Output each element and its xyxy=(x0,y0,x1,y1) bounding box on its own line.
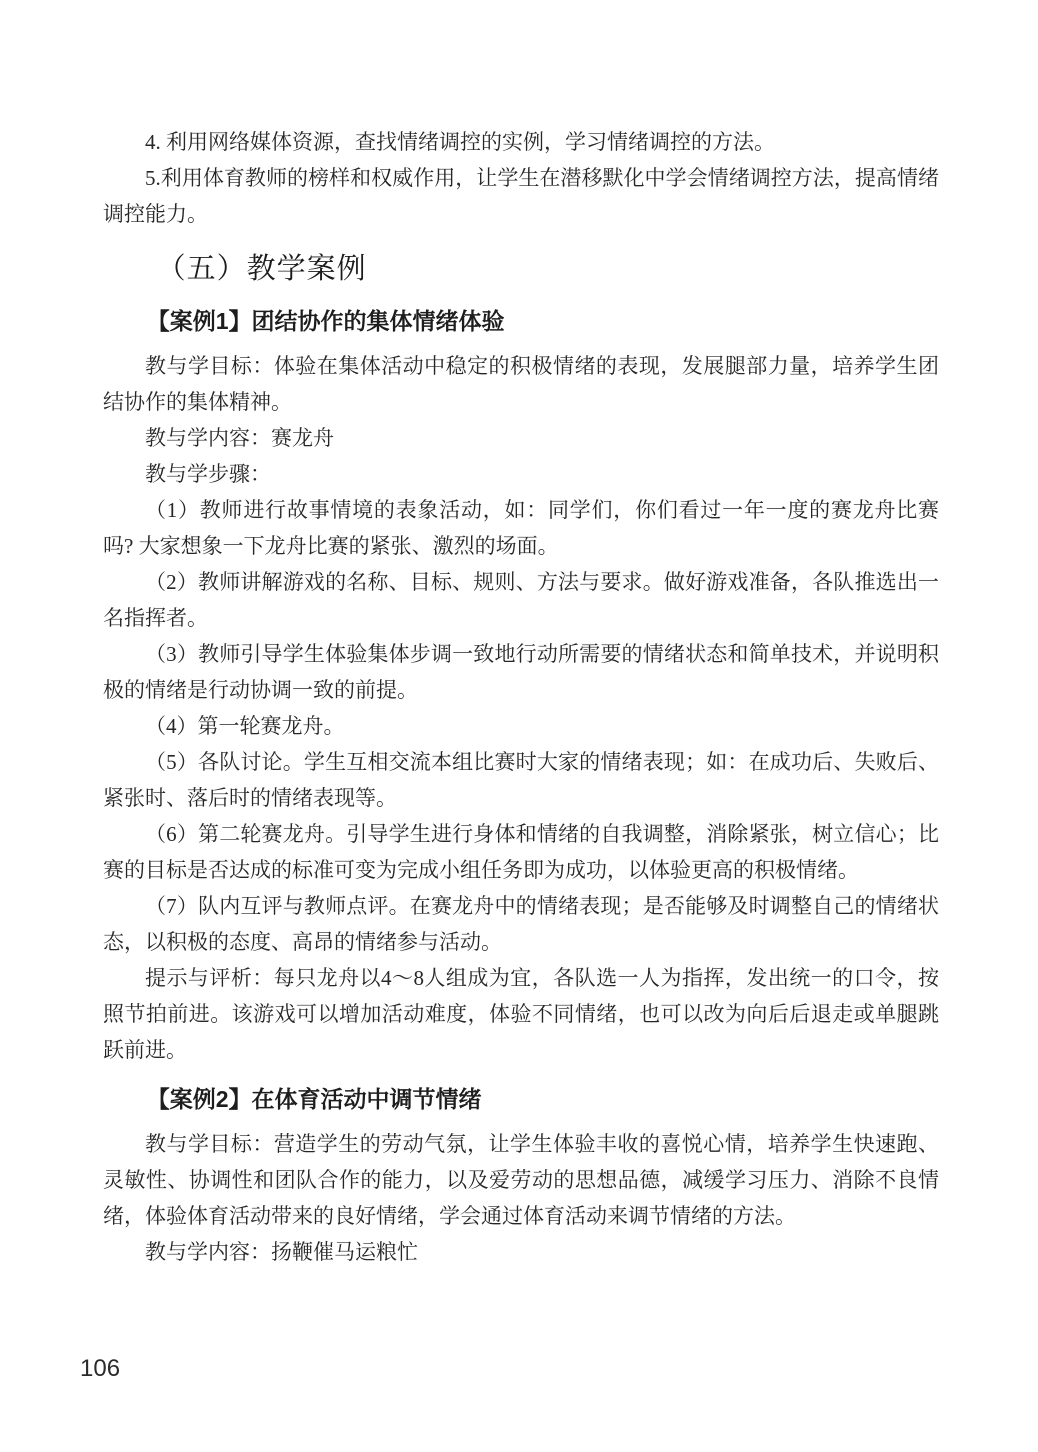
document-page: 4. 利用网络媒体资源，查找情绪调控的实例，学习情绪调控的方法。 5.利用体育教… xyxy=(0,0,1038,1452)
section-heading-five: （五）教学案例 xyxy=(103,248,939,290)
case-1-steps-label: 教与学步骤： xyxy=(103,456,939,492)
case-1-step-2: （2）教师讲解游戏的名称、目标、规则、方法与要求。做好游戏准备，各队推选出一名指… xyxy=(103,564,939,636)
case-1-step-3: （3）教师引导学生体验集体步调一致地行动所需要的情绪状态和简单技术，并说明积极的… xyxy=(103,636,939,708)
case-1-content-paragraph: 教与学内容：赛龙舟 xyxy=(103,420,939,456)
case-2-goal-paragraph: 教与学目标：营造学生的劳动气氛，让学生体验丰收的喜悦心情，培养学生快速跑、灵敏性… xyxy=(103,1126,939,1234)
case-1-heading: 【案例1】团结协作的集体情绪体验 xyxy=(103,304,939,338)
paragraph-item-4: 4. 利用网络媒体资源，查找情绪调控的实例，学习情绪调控的方法。 xyxy=(103,124,939,160)
case-2-content-paragraph: 教与学内容：扬鞭催马运粮忙 xyxy=(103,1234,939,1270)
case-1-step-5: （5）各队讨论。学生互相交流本组比赛时大家的情绪表现；如：在成功后、失败后、紧张… xyxy=(103,744,939,816)
case-2-heading: 【案例2】在体育活动中调节情绪 xyxy=(103,1082,939,1116)
case-1-step-4: （4）第一轮赛龙舟。 xyxy=(103,708,939,744)
page-content: 4. 利用网络媒体资源，查找情绪调控的实例，学习情绪调控的方法。 5.利用体育教… xyxy=(103,124,939,1270)
case-1-goal-paragraph: 教与学目标：体验在集体活动中稳定的积极情绪的表现，发展腿部力量，培养学生团结协作… xyxy=(103,348,939,420)
case-1-step-6: （6）第二轮赛龙舟。引导学生进行身体和情绪的自我调整，消除紧张，树立信心；比赛的… xyxy=(103,816,939,888)
case-1-step-7: （7）队内互评与教师点评。在赛龙舟中的情绪表现；是否能够及时调整自己的情绪状态，… xyxy=(103,888,939,960)
page-number: 106 xyxy=(80,1354,120,1384)
case-1-step-1: （1）教师进行故事情境的表象活动，如：同学们，你们看过一年一度的赛龙舟比赛吗? … xyxy=(103,492,939,564)
case-1-tips-paragraph: 提示与评析：每只龙舟以4～8人组成为宜，各队选一人为指挥，发出统一的口令，按照节… xyxy=(103,960,939,1068)
paragraph-item-5: 5.利用体育教师的榜样和权威作用，让学生在潜移默化中学会情绪调控方法，提高情绪调… xyxy=(103,160,939,232)
